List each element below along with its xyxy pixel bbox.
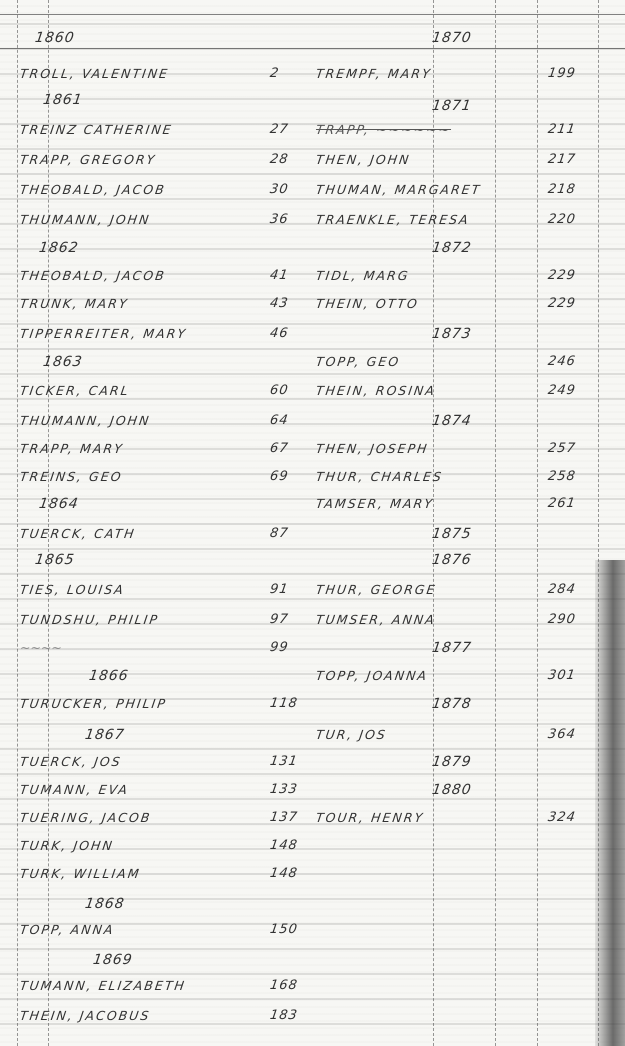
entry-page-number: 148 [269, 866, 299, 881]
entry-name: TUERCK, CATH [19, 526, 137, 541]
entry-name: TUNDSHU, PHILIP [19, 612, 160, 627]
entry-name: TRAPP, GREGORY [19, 152, 157, 167]
year-heading: 1860 [34, 30, 76, 46]
register-page: 1860TROLL, VALENTINE21861TREINZ CATHERIN… [0, 0, 625, 1046]
entry-name: THUR, CHARLES [315, 469, 444, 484]
year-heading: 1873 [431, 326, 473, 342]
entry-page-number: 229 [547, 268, 577, 283]
entry-page-number: 91 [269, 582, 290, 597]
entry-name: TREMPF, MARY [315, 66, 433, 81]
entry-page-number: 60 [269, 383, 290, 398]
entry-page-number: 183 [269, 1008, 299, 1023]
entry-name: TREINZ CATHERINE [19, 122, 174, 137]
entry-page-number: 301 [547, 668, 577, 683]
entry-name: TIES, LOUISA [19, 582, 126, 597]
entry-name: TUMANN, EVA [19, 782, 130, 797]
entry-page-number: 27 [269, 122, 290, 137]
entry-name: THUMANN, JOHN [19, 212, 152, 227]
year-heading: 1867 [84, 727, 126, 743]
entry-page-number: 67 [269, 441, 290, 456]
header-rule [0, 48, 625, 49]
entry-page-number: 199 [547, 66, 577, 81]
entry-name: THUMANN, JOHN [19, 413, 152, 428]
entry-name: THUMAN, MARGARET [315, 182, 482, 197]
entry-name: TUERING, JACOB [19, 810, 153, 825]
entry-page-number: 217 [547, 152, 577, 167]
entry-name: THEOBALD, JACOB [19, 268, 167, 283]
year-heading: 1877 [431, 640, 473, 656]
entry-page-number: 97 [269, 612, 290, 627]
entry-name: THEN, JOHN [315, 152, 412, 167]
year-heading: 1868 [84, 896, 126, 912]
year-heading: 1871 [431, 98, 473, 114]
entry-page-number: 99 [269, 640, 290, 655]
entry-name: TIDL, MARG [315, 268, 411, 283]
column-rule [537, 0, 538, 1046]
entry-page-number: 261 [547, 496, 577, 511]
entry-name: TUR, JOS [315, 727, 388, 742]
entry-name: TUMANN, ELIZABETH [19, 978, 187, 993]
entry-name: THEOBALD, JACOB [19, 182, 167, 197]
entry-page-number: 43 [269, 296, 290, 311]
entry-page-number: 87 [269, 526, 290, 541]
entry-page-number: 364 [547, 727, 577, 742]
entry-name: TUMSER, ANNA [315, 612, 437, 627]
entry-page-number: 220 [547, 212, 577, 227]
year-heading: 1875 [431, 526, 473, 542]
entry-page-number: 46 [269, 326, 290, 341]
entry-name: TRAENKLE, TERESA [315, 212, 471, 227]
margin-rule [17, 0, 18, 1046]
entry-page-number: 69 [269, 469, 290, 484]
scan-shadow [595, 560, 625, 1046]
entry-name: THUR, GEORGE [315, 582, 438, 597]
entry-name: TUERCK, JOS [19, 754, 123, 769]
entry-name: TURK, WILLIAM [19, 866, 142, 881]
column-rule [495, 0, 496, 1046]
year-heading: 1864 [38, 496, 80, 512]
year-heading: 1869 [92, 952, 134, 968]
entry-name: TURK, JOHN [19, 838, 115, 853]
entry-name: TREINS, GEO [19, 469, 124, 484]
entry-page-number: 30 [269, 182, 290, 197]
entry-page-number: 28 [269, 152, 290, 167]
entry-page-number: 131 [269, 754, 299, 769]
column-rule [433, 0, 434, 1046]
entry-name: THEIN, OTTO [315, 296, 420, 311]
entry-name: TOPP, JOANNA [315, 668, 429, 683]
entry-page-number: 133 [269, 782, 299, 797]
year-heading: 1876 [431, 552, 473, 568]
entry-page-number: 257 [547, 441, 577, 456]
year-heading: 1866 [88, 668, 130, 684]
entry-page-number: 2 [269, 66, 280, 81]
entry-page-number: 284 [547, 582, 577, 597]
year-heading: 1870 [431, 30, 473, 46]
entry-page-number: 211 [547, 122, 577, 137]
entry-page-number: 324 [547, 810, 577, 825]
entry-page-number: 218 [547, 182, 577, 197]
year-heading: 1879 [431, 754, 473, 770]
entry-name: TRUNK, MARY [19, 296, 130, 311]
entry-name: TOPP, ANNA [19, 922, 116, 937]
entry-page-number: 36 [269, 212, 290, 227]
entry-name: TRAPP, ~~~~~~ [315, 122, 452, 137]
entry-name: THEIN, ROSINA [315, 383, 437, 398]
entry-page-number: 249 [547, 383, 577, 398]
entry-page-number: 229 [547, 296, 577, 311]
entry-name: TIPPERREITER, MARY [19, 326, 188, 341]
header-rule [0, 14, 625, 15]
entry-page-number: 148 [269, 838, 299, 853]
year-heading: 1878 [431, 696, 473, 712]
entry-page-number: 137 [269, 810, 299, 825]
year-heading: 1862 [38, 240, 80, 256]
year-heading: 1874 [431, 413, 473, 429]
entry-name: TAMSER, MARY [315, 496, 435, 511]
entry-name: TROLL, VALENTINE [19, 66, 170, 81]
entry-page-number: 41 [269, 268, 290, 283]
entry-page-number: 64 [269, 413, 290, 428]
entry-name: TOUR, HENRY [315, 810, 425, 825]
entry-page-number: 150 [269, 922, 299, 937]
year-heading: 1880 [431, 782, 473, 798]
year-heading: 1865 [34, 552, 76, 568]
entry-name: ~~~~ [19, 640, 63, 655]
entry-page-number: 258 [547, 469, 577, 484]
entry-name: TRAPP, MARY [19, 441, 125, 456]
entry-page-number: 168 [269, 978, 299, 993]
entry-name: THEN, JOSEPH [315, 441, 430, 456]
entry-name: THEIN, JACOBUS [19, 1008, 151, 1023]
entry-page-number: 246 [547, 354, 577, 369]
entry-page-number: 290 [547, 612, 577, 627]
year-heading: 1872 [431, 240, 473, 256]
entry-name: TICKER, CARL [19, 383, 131, 398]
entry-page-number: 118 [269, 696, 299, 711]
entry-name: TURUCKER, PHILIP [19, 696, 168, 711]
year-heading: 1863 [42, 354, 84, 370]
year-heading: 1861 [42, 92, 84, 108]
entry-name: TOPP, GEO [315, 354, 401, 369]
